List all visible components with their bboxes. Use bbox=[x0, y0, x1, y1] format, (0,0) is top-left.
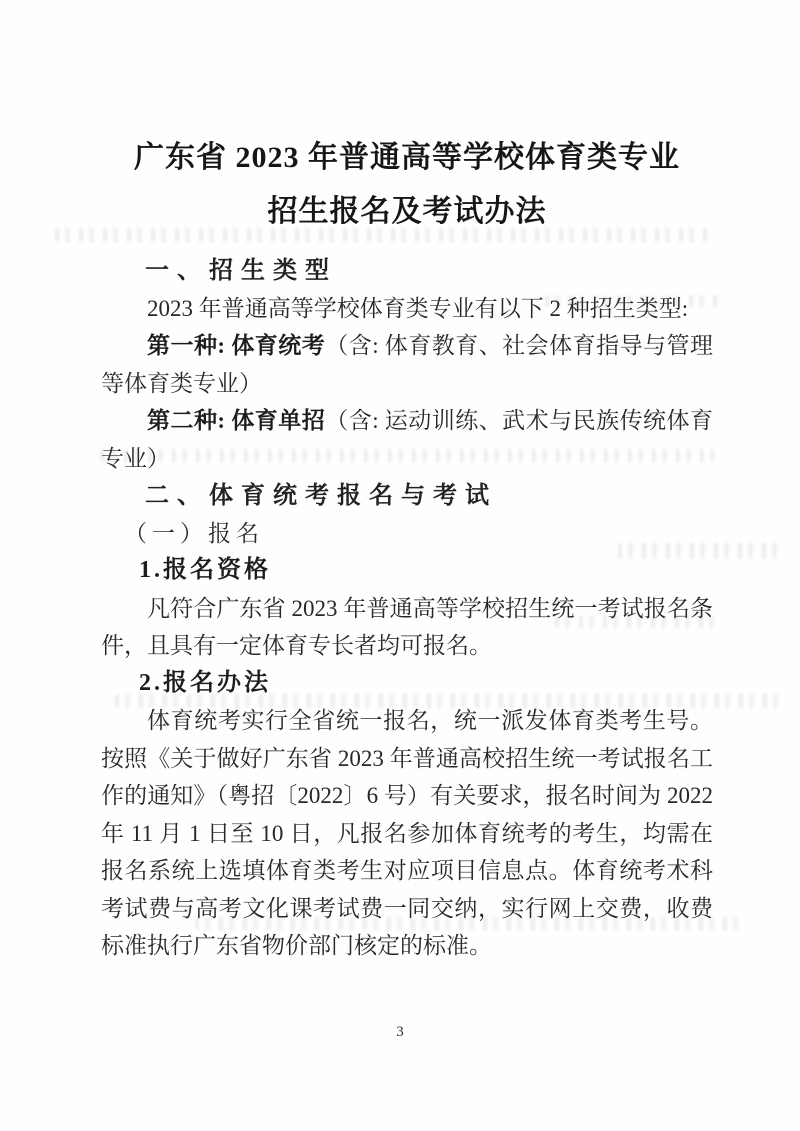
paragraph-eligibility: 凡符合广东省 2023 年普通高等学校招生统一考试报名条件，且具有一定体育专长者… bbox=[101, 590, 713, 665]
page-number: 3 bbox=[0, 1024, 800, 1041]
paragraph-registration-method: 体育统考实行全省统一报名，统一派发体育类考生号。按照《关于做好广东省 2023 … bbox=[101, 702, 713, 965]
subheading-eligibility: 1.报名资格 bbox=[101, 552, 713, 590]
document-title-line1: 广东省 2023 年普通高等学校体育类专业 bbox=[101, 131, 713, 185]
subheading-registration-method: 2.报名办法 bbox=[101, 665, 713, 703]
type-2-lead: 第二种: 体育单招 bbox=[147, 408, 325, 433]
paragraph-type-2: 第二种: 体育单招（含: 运动训练、武术与民族传统体育专业） bbox=[101, 402, 713, 477]
document-page: 广东省 2023 年普通高等学校体育类专业 招生报名及考试办法 一、招生类型 2… bbox=[0, 0, 800, 1131]
document-body: 一、招生类型 2023 年普通高等学校体育类专业有以下 2 种招生类型: 第一种… bbox=[101, 252, 713, 965]
subsection-heading-registration: （一）报名 bbox=[101, 515, 713, 553]
type-1-lead: 第一种: 体育统考 bbox=[147, 333, 325, 358]
section-heading-unified-exam: 二、体育统考报名与考试 bbox=[101, 477, 713, 515]
document-title: 广东省 2023 年普通高等学校体育类专业 招生报名及考试办法 bbox=[101, 131, 713, 239]
document-title-line2: 招生报名及考试办法 bbox=[101, 185, 713, 239]
paragraph-type-1: 第一种: 体育统考（含: 体育教育、社会体育指导与管理等体育类专业） bbox=[101, 327, 713, 402]
paragraph-enrollment-intro: 2023 年普通高等学校体育类专业有以下 2 种招生类型: bbox=[101, 290, 713, 328]
section-heading-enrollment-types: 一、招生类型 bbox=[101, 252, 713, 290]
